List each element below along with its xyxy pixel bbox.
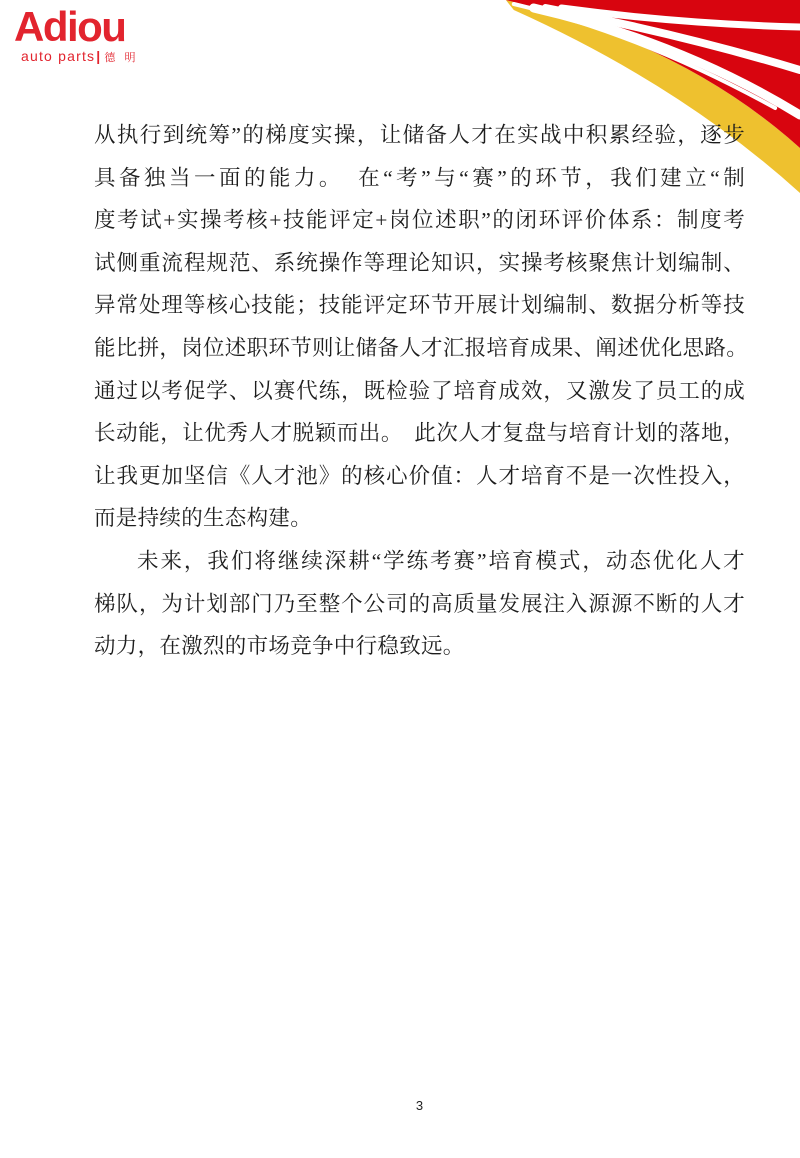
- text-line: 而是持续的生态构建。: [94, 497, 745, 540]
- document-page: Adiou auto parts|德 明 从执行到统筹”的梯度实操，让储备人才在…: [0, 0, 800, 1158]
- text-line: 度考试+实操考核+技能评定+岗位述职”的闭环评价体系：制度考: [94, 199, 745, 242]
- document-body: 从执行到统筹”的梯度实操，让储备人才在实战中积累经验，逐步具备独当一面的能力。 …: [94, 114, 745, 668]
- text-line: 未来，我们将继续深耕“学练考赛”培育模式，动态优化人才: [94, 540, 745, 583]
- text-line: 长动能，让优秀人才脱颖而出。 此次人才复盘与培育计划的落地，: [94, 412, 745, 455]
- tagline-separator: |: [96, 48, 101, 64]
- text-line: 通过以考促学、以赛代练，既检验了培育成效，又激发了员工的成: [94, 370, 745, 413]
- text-line: 试侧重流程规范、系统操作等理论知识，实操考核聚焦计划编制、: [94, 242, 745, 285]
- text-line: 从执行到统筹”的梯度实操，让储备人才在实战中积累经验，逐步: [94, 114, 745, 157]
- brand-name: Adiou: [14, 6, 138, 48]
- text-line: 具备独当一面的能力。 在“考”与“赛”的环节，我们建立“制: [94, 157, 745, 200]
- text-line: 异常处理等核心技能；技能评定环节开展计划编制、数据分析等技: [94, 284, 745, 327]
- text-line: 让我更加坚信《人才池》的核心价值：人才培育不是一次性投入，: [94, 455, 745, 498]
- brand-tagline: auto parts|德 明: [14, 48, 138, 66]
- text-line: 动力，在激烈的市场竞争中行稳致远。: [94, 625, 745, 668]
- brand-logo: Adiou auto parts|德 明: [14, 6, 138, 66]
- page-footer: 3: [94, 1098, 745, 1113]
- brand-chinese-name: 德 明: [104, 52, 138, 64]
- page-number: 3: [94, 1098, 745, 1113]
- text-line: 梯队，为计划部门乃至整个公司的高质量发展注入源源不断的人才: [94, 583, 745, 626]
- tagline-text: auto parts: [21, 48, 95, 64]
- text-line: 能比拼，岗位述职环节则让储备人才汇报培育成果、阐述优化思路。: [94, 327, 745, 370]
